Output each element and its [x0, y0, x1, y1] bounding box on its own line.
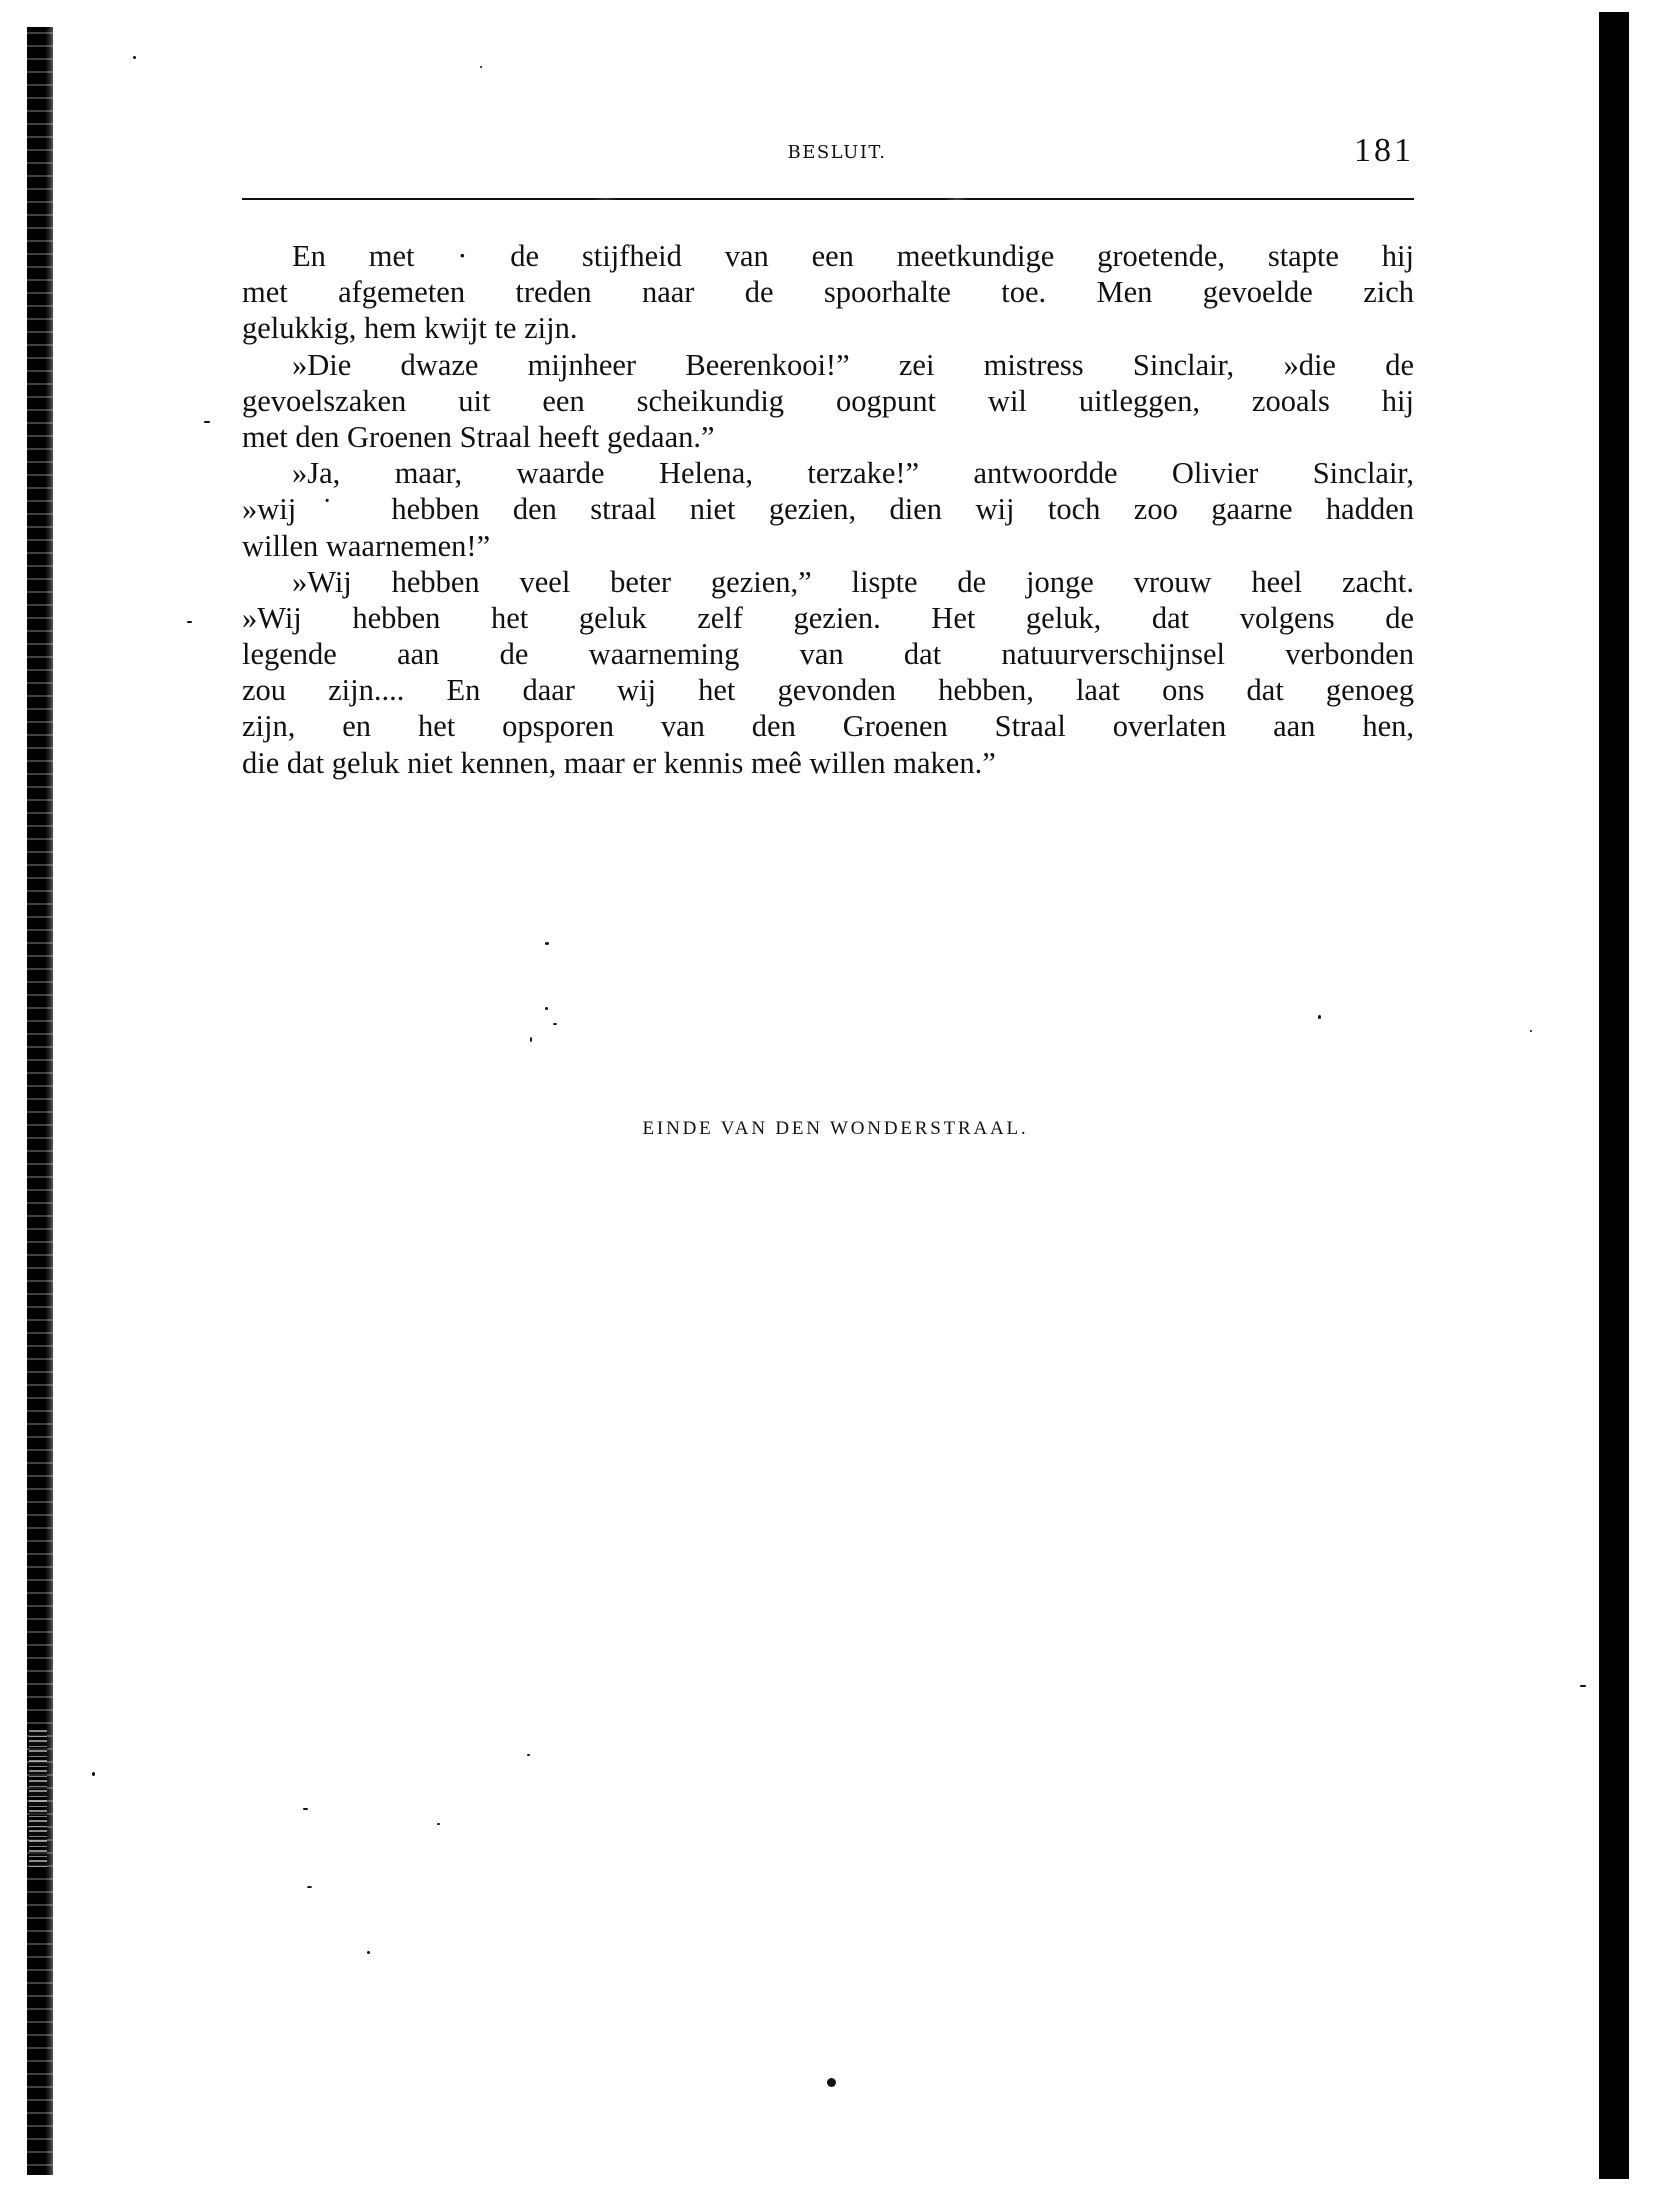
text-line: gevoelszaken uit een scheikundig oogpunt… [242, 383, 1414, 419]
scan-speck [307, 1886, 312, 1888]
scan-speck [545, 942, 549, 945]
scan-speck [133, 56, 136, 59]
scan-speck [187, 621, 192, 623]
scan-border-right [1599, 12, 1629, 2179]
running-head: BESLUIT. 181 [242, 130, 1414, 180]
colophon: EINDE VAN DEN WONDERSTRAAL. [0, 1118, 1661, 1140]
text-line: die dat geluk niet kennen, maar er kenni… [242, 745, 1414, 781]
scan-speck [303, 1808, 308, 1810]
header-rule [242, 198, 1414, 200]
scan-speck [527, 1754, 530, 1756]
body-text: En met · de stijfheid van een meetkundig… [242, 238, 1414, 781]
text-line: zou zijn.... En daar wij het gevonden he… [242, 672, 1414, 708]
scan-speck [480, 66, 482, 68]
scan-speck [545, 1007, 548, 1010]
text-line: zijn, en het opsporen van den Groenen St… [242, 708, 1414, 744]
binding-shadow-left [27, 27, 53, 2175]
page-number: 181 [1354, 132, 1414, 170]
text-line: »Ja, maar, waarde Helena, terzake!” antw… [242, 455, 1414, 491]
text-line: met den Groenen Straal heeft gedaan.” [242, 419, 1414, 455]
scan-speck [437, 1823, 440, 1825]
running-title: BESLUIT. [242, 142, 1414, 163]
scan-speck [1318, 1015, 1321, 1019]
scan-speck [553, 1023, 557, 1025]
text-line: »Die dwaze mijnheer Beerenkooi!” zei mis… [242, 347, 1414, 383]
scan-speck [204, 421, 210, 423]
text-line: met afgemeten treden naar de spoorhalte … [242, 274, 1414, 310]
text-line: En met · de stijfheid van een meetkundig… [242, 238, 1414, 274]
text-line: »Wij hebben het geluk zelf gezien. Het g… [242, 600, 1414, 636]
text-line: legende aan de waarneming van dat natuur… [242, 636, 1414, 672]
book-page: BESLUIT. 181 En met · de stijfheid van e… [0, 0, 1661, 2196]
text-line: willen waarnemen!” [242, 528, 1414, 564]
scan-speck [92, 1772, 95, 1776]
scan-speck [367, 1951, 370, 1954]
text-line: »wij˙ hebben den straal niet gezien, die… [242, 491, 1414, 527]
text-line: »Wij hebben veel beter gezien,” lispte d… [242, 564, 1414, 600]
scan-speck [1530, 1030, 1532, 1032]
scan-speck [1580, 1685, 1586, 1687]
scan-speck [530, 1037, 532, 1042]
scan-speck [827, 2078, 836, 2087]
text-line: gelukkig, hem kwijt te zijn. [242, 310, 1414, 346]
